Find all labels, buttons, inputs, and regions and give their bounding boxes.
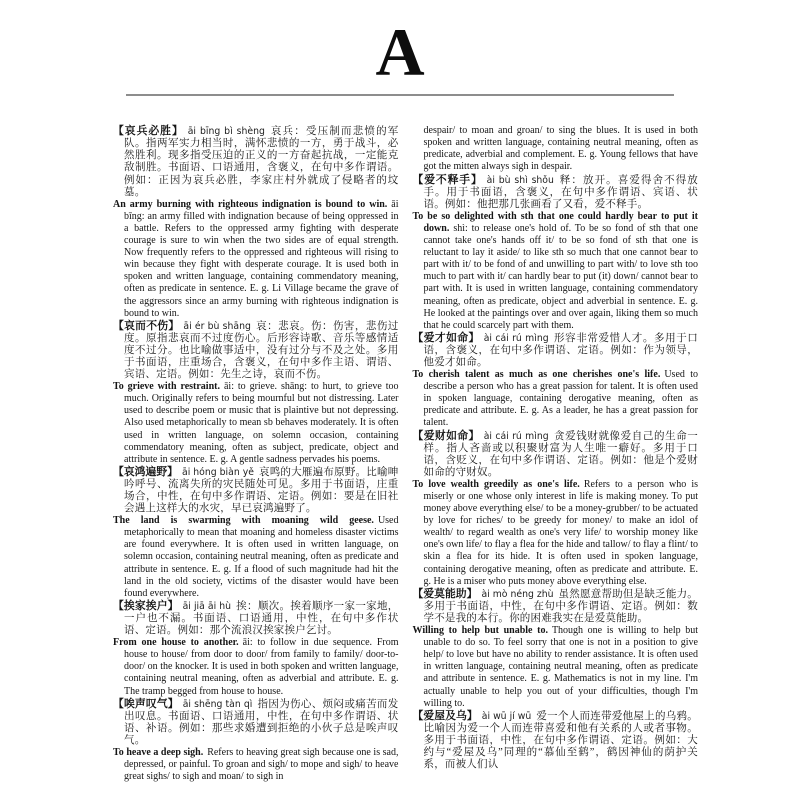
dictionary-page: A 【哀兵必胜】āi bīng bì shèng哀兵：受压制而悲愤的军队。指两军…: [0, 0, 800, 800]
en-headline: To grieve with restraint.: [113, 381, 220, 392]
dict-entry: 【哀而不伤】āi ér bù shāng哀：悲哀。伤：伤害，悲伤过度。原指悲哀而…: [113, 320, 399, 466]
dict-entry: 【挨家挨户】āi jiā āi hù挨：顺次。挨着顺序一家一家地，一户也不漏。书…: [113, 600, 399, 698]
en-definition: Though one is willing to help but unable…: [424, 625, 699, 709]
right-column: despair/ to moan and groan/ to sing the …: [413, 125, 699, 783]
headword: 【爱屋及乌】: [413, 710, 478, 722]
dict-entry: 【唉声叹气】āi shēng tàn qì指因为伤心、烦闷或痛苦而发出叹息。书面…: [113, 698, 399, 784]
pinyin: ài cái rú mìng: [484, 431, 549, 442]
en-definition: Refers to a person who is miserly or one…: [424, 479, 699, 587]
cn-paragraph: 【爱财如命】ài cái rú mìng贪爱钱财就像爱自己的生命一样。指人吝啬或…: [413, 430, 699, 479]
dict-entry: 【哀兵必胜】āi bīng bì shèng哀兵：受压制而悲愤的军队。指两军实力…: [113, 125, 399, 320]
headword: 【爱财如命】: [413, 430, 480, 442]
en-headline: The land is swarming with moaning wild g…: [113, 515, 374, 526]
pinyin: ài bù shì shǒu: [487, 175, 554, 186]
en-paragraph: Willing to help but unable to.Though one…: [413, 625, 699, 710]
dict-entry: 【哀鸿遍野】āi hóng biàn yě哀鸣的大雁遍布原野。比喻呻吟呼号、流离…: [113, 466, 399, 600]
en-paragraph: To heave a deep sigh.Refers to heaving g…: [113, 747, 399, 783]
headword: 【唉声叹气】: [113, 698, 179, 710]
pinyin: āi hóng biàn yě: [182, 467, 254, 478]
en-paragraph: An army burning with righteous indignati…: [113, 199, 399, 320]
pinyin: ài wū jí wū: [482, 711, 532, 722]
cn-paragraph: 【爱屋及乌】ài wū jí wū爱一个人而连带爱他屋上的乌鸦。比喻因为爱一个人…: [413, 710, 699, 771]
en-paragraph: To grieve with restraint.āi: to grieve. …: [113, 381, 399, 466]
headword: 【哀而不伤】: [113, 320, 179, 332]
en-definition: despair/ to moan and groan/ to sing the …: [424, 125, 699, 172]
en-headline: From one house to another.: [113, 637, 239, 648]
dict-entry-continuation: despair/ to moan and groan/ to sing the …: [413, 125, 699, 173]
en-headline: To cherish talent as much as one cherish…: [413, 369, 661, 380]
dict-entry: 【爱屋及乌】ài wū jí wū爱一个人而连带爱他屋上的乌鸦。比喻因为爱一个人…: [413, 710, 699, 771]
en-paragraph: To cherish talent as much as one cherish…: [413, 369, 699, 429]
cn-paragraph: 【哀而不伤】āi ér bù shāng哀：悲哀。伤：伤害，悲伤过度。原指悲哀而…: [113, 320, 399, 381]
pinyin: āi bīng bì shèng: [188, 126, 265, 137]
en-headline: To love wealth greedily as one's life.: [413, 479, 580, 490]
en-headline: An army burning with righteous indignati…: [113, 199, 387, 210]
en-paragraph: To love wealth greedily as one's life.Re…: [413, 479, 699, 588]
pinyin: āi ér bù shāng: [183, 321, 251, 332]
en-definition: āi: to grieve. shāng: to hurt, to grieve…: [124, 381, 399, 465]
cn-paragraph: 【爱才如命】ài cái rú mìng形容非常爱惜人才。多用于口语，含褒义，在…: [413, 332, 699, 369]
page-columns: 【哀兵必胜】āi bīng bì shèng哀兵：受压制而悲愤的军队。指两军实力…: [0, 96, 800, 783]
en-paragraph-continued: despair/ to moan and groan/ to sing the …: [413, 125, 699, 173]
en-definition: shì: to release one's hold of. To be so …: [424, 223, 699, 331]
headword: 【哀鸿遍野】: [113, 466, 178, 478]
section-letter: A: [0, 0, 800, 83]
headword: 【爱莫能助】: [413, 588, 478, 600]
en-paragraph: The land is swarming with moaning wild g…: [113, 515, 399, 600]
en-headline: To heave a deep sigh.: [113, 747, 203, 758]
en-definition: āi bīng: an army filled with indignation…: [124, 199, 399, 319]
pinyin: āi shēng tàn qì: [183, 699, 253, 710]
en-definition: Used metaphorically to mean that moaning…: [124, 515, 399, 599]
dict-entry: 【爱不释手】ài bù shì shǒu释：放开。喜爱得舍不得放手。用于书面语，…: [413, 174, 699, 332]
en-paragraph: From one house to another.āi: to follow …: [113, 637, 399, 697]
en-headline: Willing to help but unable to.: [413, 625, 548, 636]
pinyin: ài cái rú mìng: [484, 333, 549, 344]
headword: 【挨家挨户】: [113, 600, 179, 612]
en-paragraph: To be so delighted with sth that one cou…: [413, 211, 699, 332]
left-column: 【哀兵必胜】āi bīng bì shèng哀兵：受压制而悲愤的军队。指两军实力…: [113, 125, 399, 783]
pinyin: āi jiā āi hù: [183, 601, 231, 612]
cn-paragraph: 【唉声叹气】āi shēng tàn qì指因为伤心、烦闷或痛苦而发出叹息。书面…: [113, 698, 399, 747]
headword: 【爱才如命】: [413, 332, 480, 344]
cn-paragraph: 【挨家挨户】āi jiā āi hù挨：顺次。挨着顺序一家一家地，一户也不漏。书…: [113, 600, 399, 637]
cn-paragraph: 【爱不释手】ài bù shì shǒu释：放开。喜爱得舍不得放手。用于书面语，…: [413, 174, 699, 211]
headword: 【爱不释手】: [413, 174, 483, 186]
dict-entry: 【爱莫能助】ài mò néng zhù虽然愿意帮助但是缺乏能力。多用于书面语，…: [413, 588, 699, 710]
dict-entry: 【爱才如命】ài cái rú mìng形容非常爱惜人才。多用于口语，含褒义，在…: [413, 332, 699, 430]
cn-paragraph: 【哀鸿遍野】āi hóng biàn yě哀鸣的大雁遍布原野。比喻呻吟呼号、流离…: [113, 466, 399, 515]
pinyin: ài mò néng zhù: [481, 589, 553, 600]
headword: 【哀兵必胜】: [113, 125, 184, 137]
cn-paragraph: 【爱莫能助】ài mò néng zhù虽然愿意帮助但是缺乏能力。多用于书面语，…: [413, 588, 699, 625]
cn-paragraph: 【哀兵必胜】āi bīng bì shèng哀兵：受压制而悲愤的军队。指两军实力…: [113, 125, 399, 199]
dict-entry: 【爱财如命】ài cái rú mìng贪爱钱财就像爱自己的生命一样。指人吝啬或…: [413, 430, 699, 588]
